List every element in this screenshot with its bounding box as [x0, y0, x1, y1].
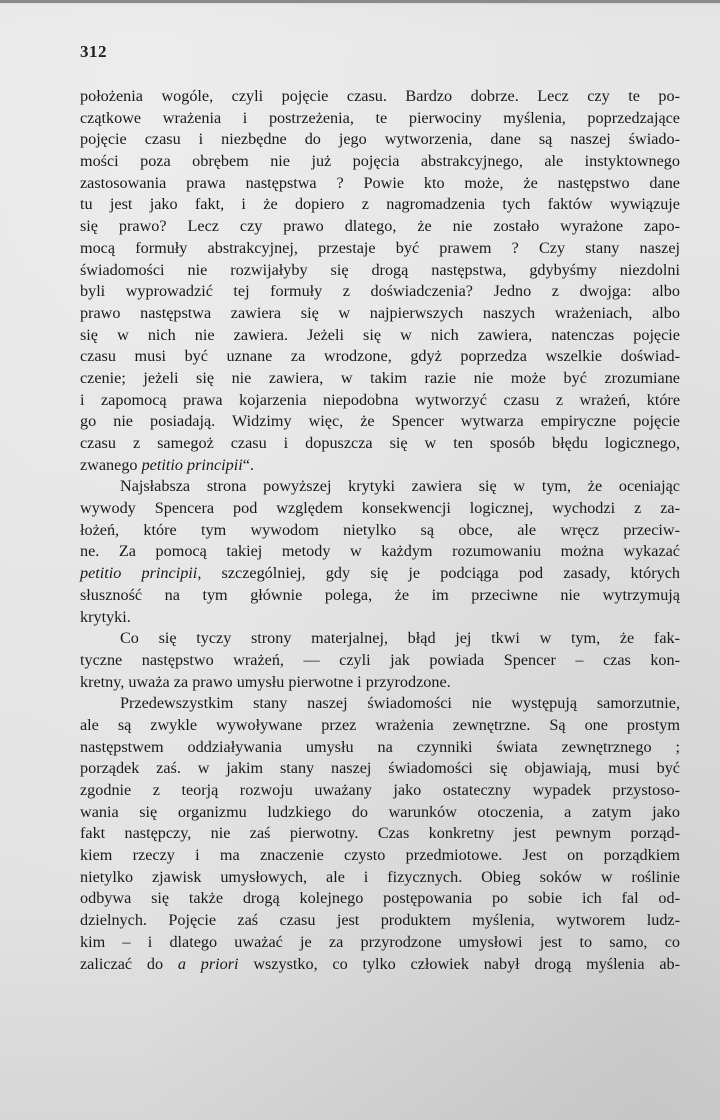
text-line: czasu z samegoż czasu i dopuszcza się w … [80, 433, 680, 455]
text-line: petitio principii, szczególniej, gdy się… [80, 563, 680, 585]
scanned-book-page: 312 położenia wogóle, czyli pojęcie czas… [0, 0, 720, 1120]
text-line: Przedewszystkim stany naszej świadomości… [80, 693, 680, 715]
text-line: kretny, uważa za prawo umysłu pierwotne … [80, 672, 680, 694]
body-text: położenia wogóle, czyli pojęcie czasu. B… [80, 86, 680, 975]
text-line: odbywa się także drogą kolejnego postępo… [80, 888, 680, 910]
paragraph: Przedewszystkim stany naszej świadomości… [80, 693, 680, 975]
paragraph: położenia wogóle, czyli pojęcie czasu. B… [80, 86, 680, 476]
text-line: byli wyprowadzić tej formuły z doświadcz… [80, 281, 680, 303]
text-line: Co się tyczy strony materjalnej, błąd je… [80, 628, 680, 650]
text-line: tyczne następstwo wrażeń, — czyli jak po… [80, 650, 680, 672]
text-line: wania się organizmu ludzkiego do warunkó… [80, 802, 680, 824]
text-line: czenie; jeżeli się nie zawiera, w takim … [80, 368, 680, 390]
text-line: ne. Za pomocą takiej metody w każdym roz… [80, 541, 680, 563]
text-line: łożeń, które tym wywodom nietylko są obc… [80, 520, 680, 542]
italic-term: petitio principii [142, 456, 243, 474]
text-line: zwanego petitio principii“. [80, 455, 680, 477]
text-line: czasu musi być uznane za wrodzone, gdyż … [80, 346, 680, 368]
text-line: świadomości nie rozwijałyby się drogą na… [80, 260, 680, 282]
paragraph: Co się tyczy strony materjalnej, błąd je… [80, 628, 680, 693]
text-line: się w nich nie zawiera. Jeżeli się w nic… [80, 325, 680, 347]
text-line: dzielnych. Pojęcie zaś czasu jest produk… [80, 910, 680, 932]
text-line: mości poza obrębem nie już pojęcia abstr… [80, 151, 680, 173]
text-line: kim – i dlatego uważać je za przyrodzone… [80, 932, 680, 954]
page-number: 312 [80, 42, 107, 62]
text-line: prawo następstwa zawiera się w najpierws… [80, 303, 680, 325]
italic-term: petitio principii [80, 564, 197, 582]
text-line: go nie posiadają. Widzimy więc, że Spenc… [80, 411, 680, 433]
text-line: czątkowe wrażenia i postrzeżenia, te pie… [80, 108, 680, 130]
paragraph: Najsłabsza strona powyższej krytyki zawi… [80, 476, 680, 628]
text-line: nietylko zjawisk umysłowych, ale i fizyc… [80, 867, 680, 889]
text-line: Najsłabsza strona powyższej krytyki zawi… [80, 476, 680, 498]
text-line: mocą formuły abstrakcyjnej, przestaje by… [80, 238, 680, 260]
text-line: i zapomocą prawa kojarzenia niepodobna w… [80, 390, 680, 412]
text-line: słuszność na tym głównie polega, że im p… [80, 585, 680, 607]
text-line: zgodnie z teorją rozwoju uważany jako os… [80, 780, 680, 802]
text-line: się prawo? Lecz czy prawo dlatego, że ni… [80, 216, 680, 238]
text-line: krytyki. [80, 607, 680, 629]
page-top-edge [0, 0, 720, 3]
text-line: ale są zwykle wywoływane przez wrażenia … [80, 715, 680, 737]
text-line: fakt następczy, nie zaś pierwotny. Czas … [80, 823, 680, 845]
italic-term: a priori [178, 955, 239, 973]
text-line: tu jest jako fakt, i że dopiero z nagrom… [80, 194, 680, 216]
text-line: kiem rzeczy i ma znaczenie czysto przedm… [80, 845, 680, 867]
text-line: porządek zaś. w jakim stany naszej świad… [80, 758, 680, 780]
text-line: położenia wogóle, czyli pojęcie czasu. B… [80, 86, 680, 108]
text-line: zastosowania prawa następstwa ? Powie kt… [80, 173, 680, 195]
text-line: pojęcie czasu i niezbędne do jego wytwor… [80, 129, 680, 151]
text-line: wywody Spencera pod względem konsekwencj… [80, 498, 680, 520]
text-line: następstwem oddziaływania umysłu na czyn… [80, 737, 680, 759]
text-line: zaliczać do a priori wszystko, co tylko … [80, 954, 680, 976]
